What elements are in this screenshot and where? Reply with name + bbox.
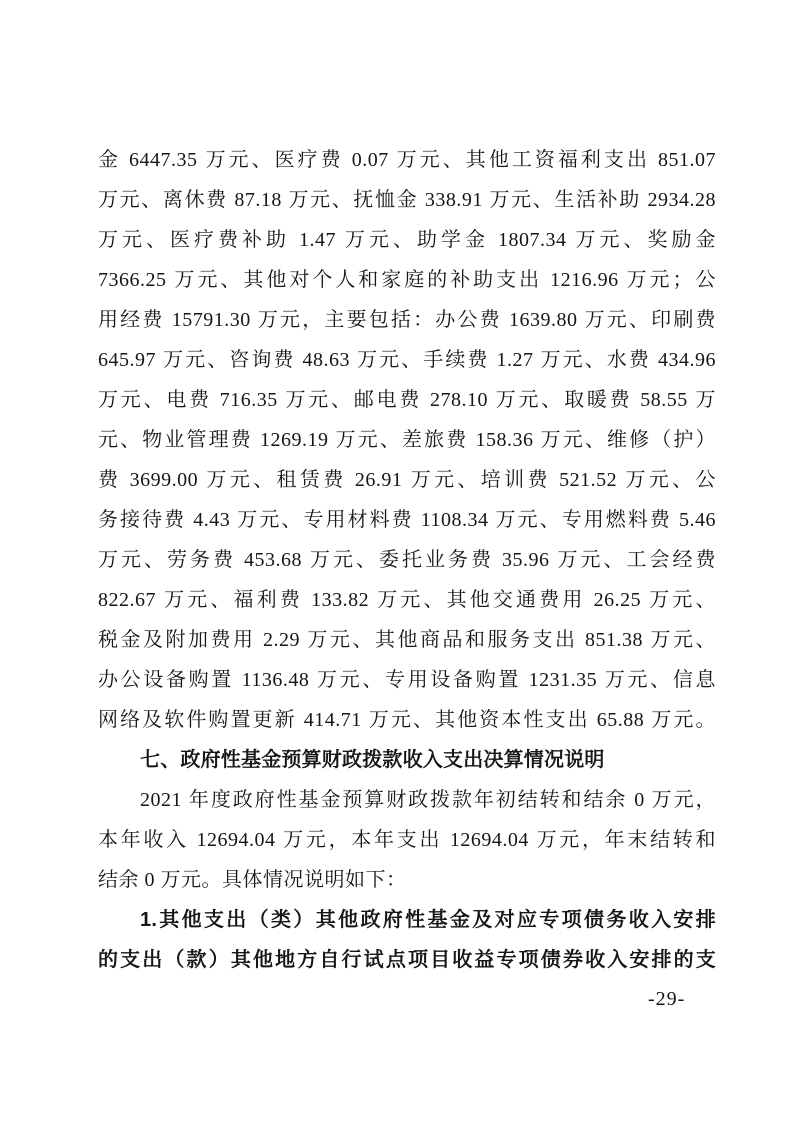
page-number: -29- — [648, 986, 685, 1012]
text-line: 万元、医疗费补助 1.47 万元、助学金 1807.34 万元、奖励金 — [98, 220, 716, 260]
text-line: 645.97 万元、咨询费 48.63 万元、手续费 1.27 万元、水费 43… — [98, 340, 716, 380]
text-line: 元、物业管理费 1269.19 万元、差旅费 158.36 万元、维修（护） — [98, 420, 716, 460]
text-line: 务接待费 4.43 万元、专用材料费 1108.34 万元、专用燃料费 5.46 — [98, 500, 716, 540]
text-line: 金 6447.35 万元、医疗费 0.07 万元、其他工资福利支出 851.07 — [98, 140, 716, 180]
text-line: 结余 0 万元。具体情况说明如下： — [98, 860, 716, 900]
text-line: 万元、电费 716.35 万元、邮电费 278.10 万元、取暖费 58.55 … — [98, 380, 716, 420]
text-line: 万元、离休费 87.18 万元、抚恤金 338.91 万元、生活补助 2934.… — [98, 180, 716, 220]
text-line: 本年收入 12694.04 万元，本年支出 12694.04 万元，年末结转和 — [98, 820, 716, 860]
text-line: 822.67 万元、福利费 133.82 万元、其他交通费用 26.25 万元、 — [98, 580, 716, 620]
text-line: 的支出（款）其他地方自行试点项目收益专项债券收入安排的支 — [98, 940, 716, 980]
text-line: 用经费 15791.30 万元，主要包括：办公费 1639.80 万元、印刷费 — [98, 300, 716, 340]
text-block: 金 6447.35 万元、医疗费 0.07 万元、其他工资福利支出 851.07… — [98, 140, 716, 980]
document-page: 金 6447.35 万元、医疗费 0.07 万元、其他工资福利支出 851.07… — [0, 0, 793, 1122]
text-line: 1.其他支出（类）其他政府性基金及对应专项债务收入安排 — [98, 900, 716, 940]
text-line: 七、政府性基金预算财政拨款收入支出决算情况说明 — [98, 740, 716, 780]
text-line: 费 3699.00 万元、租赁费 26.91 万元、培训费 521.52 万元、… — [98, 460, 716, 500]
text-line: 7366.25 万元、其他对个人和家庭的补助支出 1216.96 万元；公 — [98, 260, 716, 300]
text-line: 网络及软件购置更新 414.71 万元、其他资本性支出 65.88 万元。 — [98, 700, 716, 740]
text-line: 税金及附加费用 2.29 万元、其他商品和服务支出 851.38 万元、 — [98, 620, 716, 660]
text-line: 万元、劳务费 453.68 万元、委托业务费 35.96 万元、工会经费 — [98, 540, 716, 580]
text-line: 办公设备购置 1136.48 万元、专用设备购置 1231.35 万元、信息 — [98, 660, 716, 700]
text-line: 2021 年度政府性基金预算财政拨款年初结转和结余 0 万元， — [98, 780, 716, 820]
